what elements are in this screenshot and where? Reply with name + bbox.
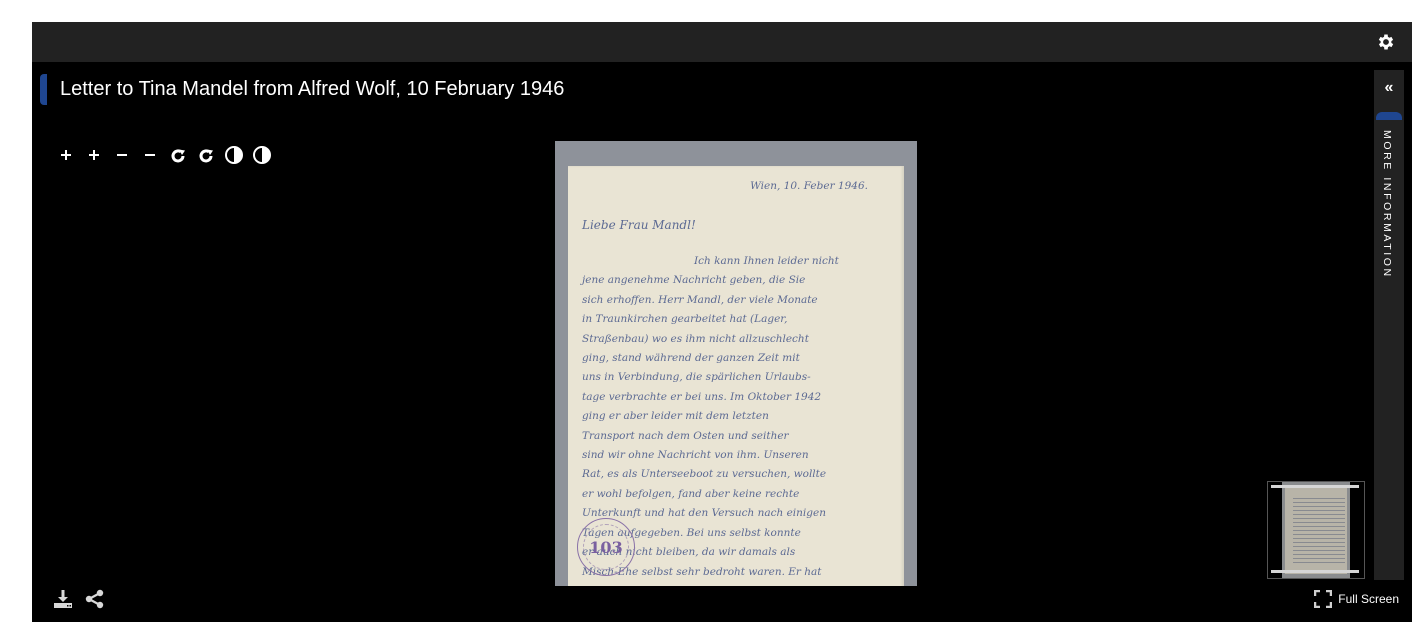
letter-line: Ich kann Ihnen leider nicht bbox=[582, 252, 892, 271]
letter-line: er wohl befolgen, fand aber keine rechte bbox=[582, 485, 892, 504]
more-information-panel: « MORE INFORMATION bbox=[1374, 70, 1404, 580]
panel-tab-indicator bbox=[1376, 112, 1402, 120]
stamp-number: 103 bbox=[589, 538, 622, 557]
gear-icon bbox=[1376, 32, 1396, 52]
zoom-out-button-2[interactable] bbox=[136, 144, 164, 166]
title-accent-bar bbox=[40, 74, 47, 105]
top-bar bbox=[32, 22, 1412, 62]
contrast-button-2[interactable] bbox=[248, 144, 276, 166]
document-image[interactable]: Wien, 10. Feber 1946. Liebe Frau Mandl! … bbox=[555, 141, 917, 586]
contrast-icon bbox=[252, 145, 272, 165]
contrast-icon bbox=[224, 145, 244, 165]
letter-line: in Traunkirchen gearbeitet hat (Lager, bbox=[582, 310, 892, 329]
more-information-toggle[interactable]: MORE INFORMATION bbox=[1381, 130, 1393, 279]
fullscreen-icon bbox=[1314, 590, 1332, 608]
zoom-in-button-2[interactable] bbox=[80, 144, 108, 166]
page-title: Letter to Tina Mandel from Alfred Wolf, … bbox=[60, 78, 564, 101]
fullscreen-label: Full Screen bbox=[1338, 592, 1399, 606]
letter-date: Wien, 10. Feber 1946. bbox=[750, 180, 868, 192]
rotate-button-2[interactable] bbox=[192, 144, 220, 166]
page-title-wrap: Letter to Tina Mandel from Alfred Wolf, … bbox=[40, 74, 564, 105]
double-chevron-left-icon: « bbox=[1385, 79, 1394, 97]
document-viewer: Letter to Tina Mandel from Alfred Wolf, … bbox=[32, 22, 1412, 622]
letter-greeting: Liebe Frau Mandl! bbox=[582, 218, 696, 232]
letter-line: uns in Verbindung, die spärlichen Urlaub… bbox=[582, 368, 892, 387]
bottom-actions bbox=[50, 588, 114, 610]
letter-line: Unterkunft und hat den Versuch nach eini… bbox=[582, 504, 892, 523]
rotate-button[interactable] bbox=[164, 144, 192, 166]
letter-line: Transport nach dem Osten und seither bbox=[582, 427, 892, 446]
share-button[interactable] bbox=[82, 588, 108, 610]
letter-line: sich erhoffen. Herr Mandl, der viele Mon… bbox=[582, 291, 892, 310]
letter-line: sind wir ohne Nachricht von ihm. Unseren bbox=[582, 446, 892, 465]
letter-line: ging, stand während der ganzen Zeit mit bbox=[582, 349, 892, 368]
collapse-panel-button[interactable]: « bbox=[1374, 78, 1404, 98]
image-toolbar bbox=[52, 144, 276, 166]
letter-line: Misch-Ehe selbst sehr bedroht waren. Er … bbox=[582, 563, 892, 582]
letter-line: jene angenehme Nachricht geben, die Sie bbox=[582, 271, 892, 290]
minus-icon bbox=[144, 149, 156, 161]
navigator-viewport[interactable] bbox=[1271, 485, 1359, 573]
zoom-out-button[interactable] bbox=[108, 144, 136, 166]
minus-icon bbox=[116, 149, 128, 161]
share-icon bbox=[85, 589, 105, 609]
download-button[interactable] bbox=[50, 588, 76, 610]
letter-line: ging er aber leider mit dem letzten bbox=[582, 407, 892, 426]
plus-icon bbox=[60, 149, 72, 161]
contrast-button[interactable] bbox=[220, 144, 248, 166]
zoom-in-button[interactable] bbox=[52, 144, 80, 166]
fullscreen-button[interactable]: Full Screen bbox=[1314, 590, 1399, 608]
navigator-thumbnail[interactable] bbox=[1267, 481, 1365, 579]
letter-line: tage verbrachte er bei uns. Im Oktober 1… bbox=[582, 388, 892, 407]
letter-paper: Wien, 10. Feber 1946. Liebe Frau Mandl! … bbox=[568, 166, 904, 586]
plus-icon bbox=[88, 149, 100, 161]
download-icon bbox=[53, 589, 73, 609]
stamp: 103 bbox=[577, 518, 635, 576]
rotate-clockwise-icon bbox=[197, 146, 215, 164]
settings-button[interactable] bbox=[1376, 32, 1396, 52]
letter-line: Rat, es als Unterseeboot zu versuchen, w… bbox=[582, 465, 892, 484]
letter-line: Straßenbau) wo es ihm nicht allzuschlech… bbox=[582, 330, 892, 349]
rotate-clockwise-icon bbox=[169, 146, 187, 164]
